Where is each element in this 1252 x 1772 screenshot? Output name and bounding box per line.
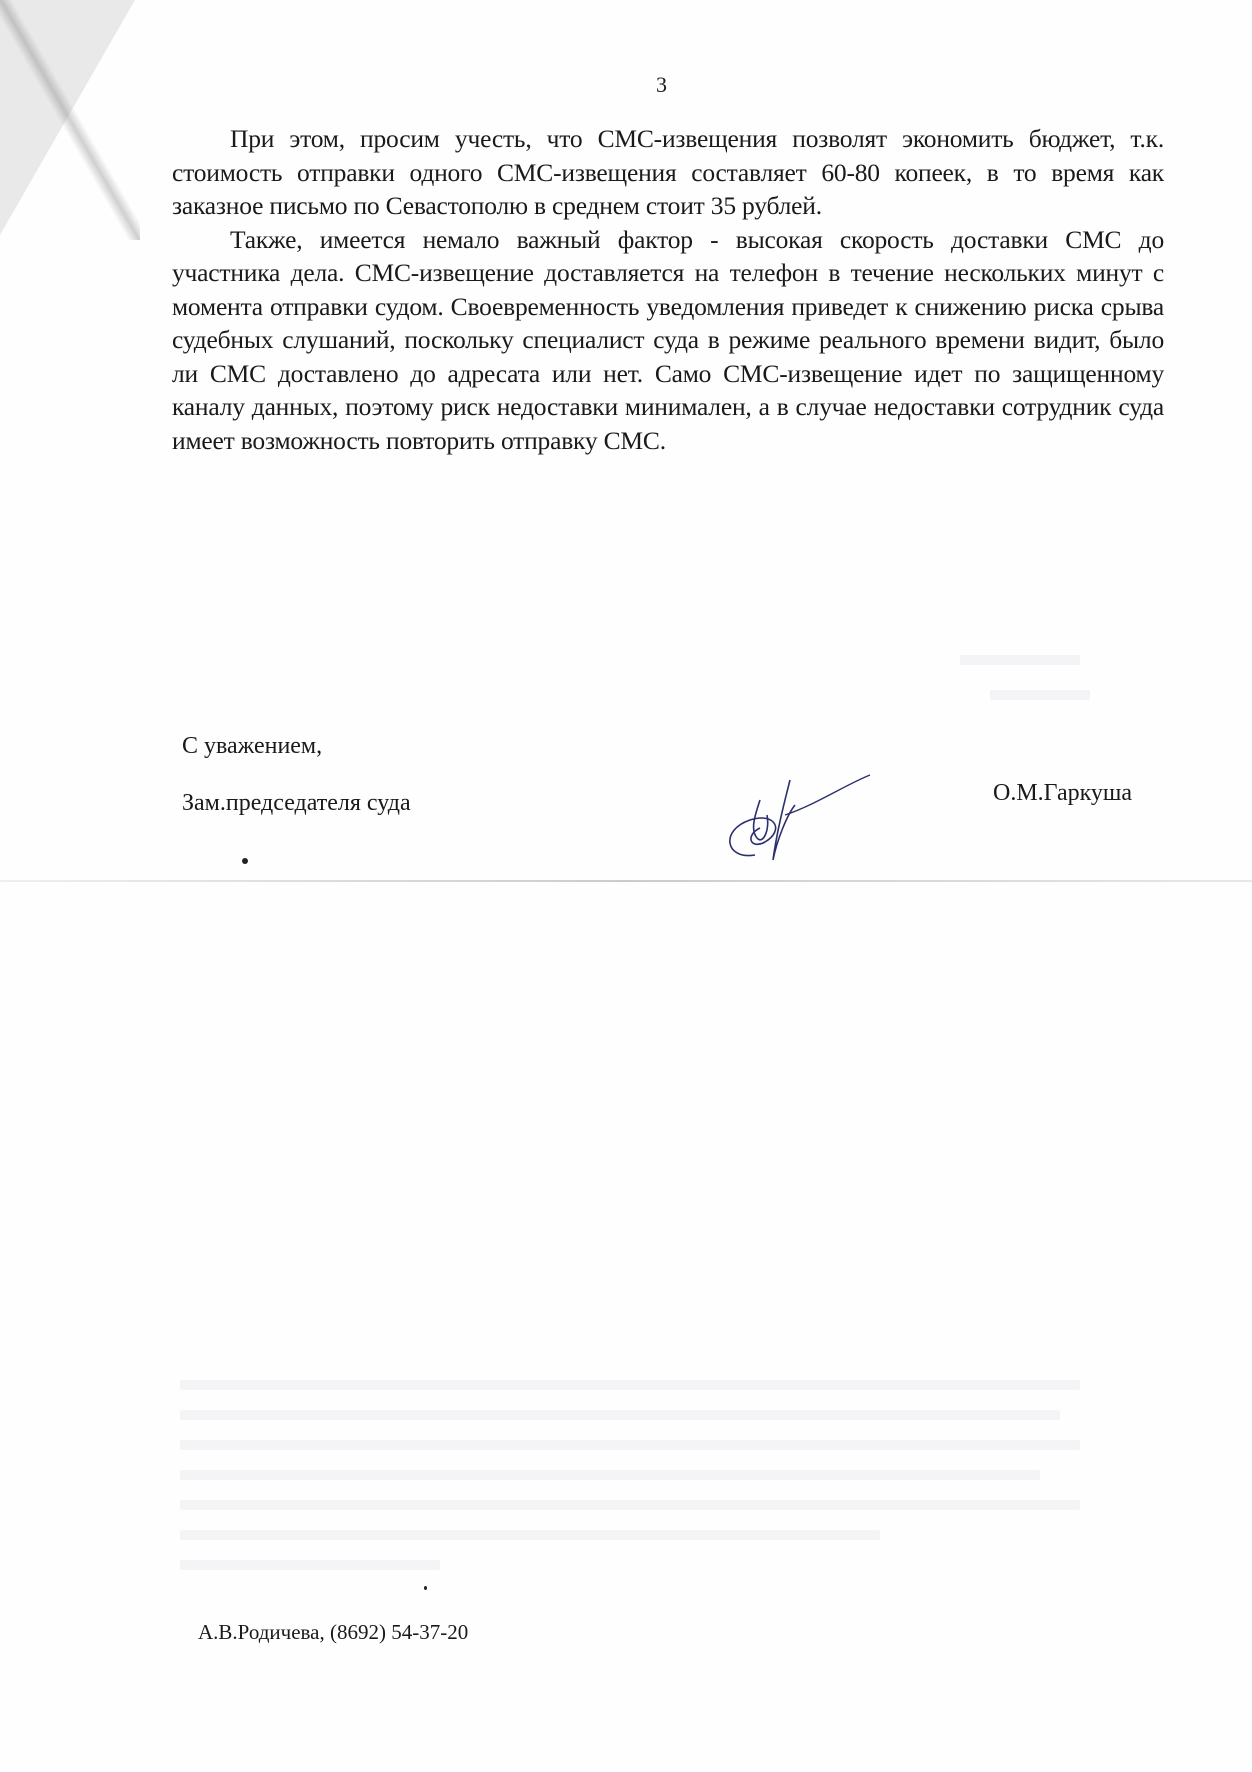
- bleed-through-mark: [180, 1380, 1080, 1390]
- signatory-position: Зам.председателя суда: [182, 790, 411, 817]
- bleed-through-mark: [990, 690, 1090, 700]
- stray-ink-dot: [242, 858, 248, 864]
- handwritten-signature: [715, 760, 875, 870]
- folded-corner: [0, 0, 135, 235]
- scanned-page: 3 При этом, просим учесть, что СМС-извещ…: [0, 0, 1252, 1772]
- paragraph-cost-savings: При этом, просим учесть, что СМС-извещен…: [172, 122, 1164, 223]
- closing-salutation: С уважением,: [182, 733, 322, 760]
- page-number: 3: [656, 72, 667, 98]
- letter-body: При этом, просим учесть, что СМС-извещен…: [172, 122, 1164, 457]
- paragraph-delivery-speed: Также, имеется немало важный фактор - вы…: [172, 223, 1164, 458]
- stray-ink-dot: [424, 1586, 427, 1590]
- bleed-through-mark: [180, 1500, 1080, 1510]
- bleed-through-mark: [180, 1560, 440, 1570]
- executor-contact: А.В.Родичева, (8692) 54-37-20: [198, 1620, 468, 1645]
- bleed-through-mark: [960, 655, 1080, 665]
- bleed-through-mark: [180, 1440, 1080, 1450]
- bleed-through-mark: [180, 1410, 1060, 1420]
- signatory-name: О.М.Гаркуша: [993, 780, 1132, 807]
- bleed-through-mark: [180, 1530, 880, 1540]
- paper-fold-crease: [0, 880, 1252, 882]
- bleed-through-mark: [180, 1470, 1040, 1480]
